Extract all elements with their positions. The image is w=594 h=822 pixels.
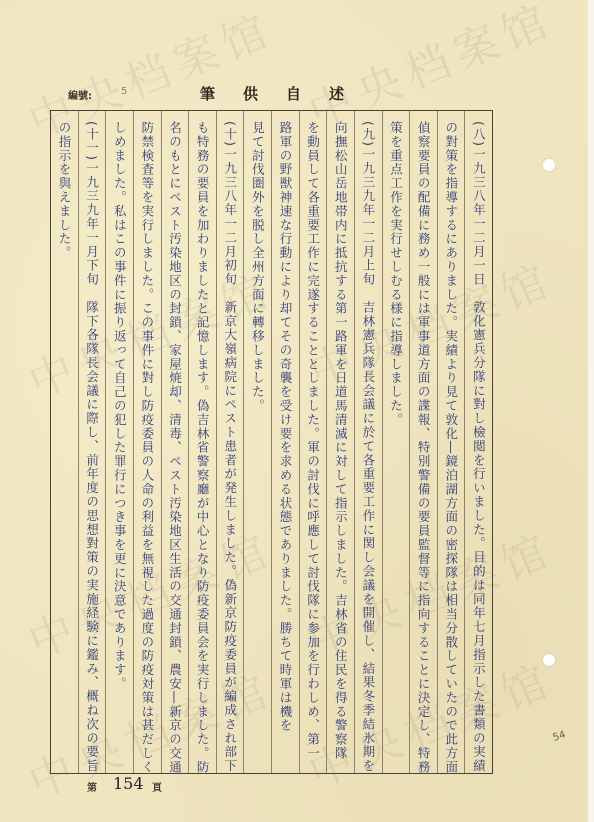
text-column: しめました。私はこの事件に振り返って自己の犯した罪行につき事を更に決意であります… <box>105 111 133 773</box>
text-column: (十)一九三八年一二月初旬 新京大嶺病院にペスト患者が発生しました。偽新京防疫委… <box>216 111 244 773</box>
handwritten-line: しめました。私はこの事件に振り返って自己の犯した罪行につき事を更に決意であります… <box>106 111 133 773</box>
handwritten-line: (八)一九三八年一二月一日 敦化憲兵分隊に對し檢閲を行いました。目的は同年七月指… <box>465 111 492 773</box>
text-column: 路軍の野獣神速な行動により却てその奇襲を受け要を求める状態でありました。勝ちて時… <box>271 111 299 773</box>
handwritten-line: 向撫松山岳地帯内に抵抗する第一路軍を日道馬清滅に対して指示しました。吉林省の住民… <box>327 111 354 773</box>
handwritten-line: (十一)一九三九年一月下旬 隊下各隊長会議に際し、前年度の思想對策の実施経験に鑑… <box>79 111 106 773</box>
handwritten-line: (九)一九三九年一二月上旬 吉林憲兵隊長会議に於て各重要工作に関し会議を開催し、… <box>355 111 382 773</box>
text-column: 名のもとにペスト汚染地区の封鎖、家屋焼却、清毒、ペスト汚染地区生活の交通封鎖、農… <box>161 111 189 773</box>
page-edge <box>588 0 594 822</box>
text-column: 防禁検査等を実行しました。この事件に對し防疫委員の人命の利益を無視した過度の防疫… <box>133 111 161 773</box>
handwritten-line: を動員して各重要工作に完遂することとしました。軍の討伐に呼應して討伐隊に参加を行… <box>300 111 327 773</box>
punch-hole <box>543 159 555 171</box>
page-number: 154 <box>113 774 144 793</box>
number-value: 5 <box>121 86 127 97</box>
page-suffix: 頁 <box>152 779 162 794</box>
handwritten-line: 防禁検査等を実行しました。この事件に對し防疫委員の人命の利益を無視した過度の防疫… <box>134 111 161 773</box>
handwritten-line: の指示を與えました。 <box>51 111 78 773</box>
text-column: の對策を指導するにありました。実績より見て敦化―鏡泊湖方面の密探隊は相当分散して… <box>437 111 465 773</box>
handwritten-line: 偵察要員の配備に務め一般には軍事道方面の諜報、特別警備の要員監督等に指向すること… <box>410 111 437 773</box>
page-prefix: 第 <box>87 779 97 794</box>
text-grid: (八)一九三八年一二月一日 敦化憲兵分隊に對し檢閲を行いました。目的は同年七月指… <box>50 110 493 774</box>
text-column: を動員して各重要工作に完遂することとしました。軍の討伐に呼應して討伐隊に参加を行… <box>299 111 327 773</box>
handwritten-line: 見て討伐圏外を脱し全州方面に轉移しました。 <box>244 111 271 773</box>
text-column: 策を重点工作を実行せしむる様に指導しました。 <box>382 111 410 773</box>
text-column: 向撫松山岳地帯内に抵抗する第一路軍を日道馬清滅に対して指示しました。吉林省の住民… <box>326 111 354 773</box>
text-column: の指示を與えました。 <box>51 111 78 773</box>
page-title: 筆供自述 <box>200 83 372 104</box>
text-column: (八)一九三八年一二月一日 敦化憲兵分隊に對し檢閲を行いました。目的は同年七月指… <box>464 111 492 773</box>
handwritten-line: 路軍の野獣神速な行動により却てその奇襲を受け要を求める状態でありました。勝ちて時… <box>272 111 299 773</box>
text-column: 偵察要員の配備に務め一般には軍事道方面の諜報、特別警備の要員監督等に指向すること… <box>409 111 437 773</box>
text-column: (十一)一九三九年一月下旬 隊下各隊長会議に際し、前年度の思想對策の実施経験に鑑… <box>78 111 106 773</box>
handwritten-line: 策を重点工作を実行せしむる様に指導しました。 <box>383 111 410 773</box>
text-column: 見て討伐圏外を脱し全州方面に轉移しました。 <box>243 111 271 773</box>
number-label: 編號: <box>68 87 92 102</box>
handwritten-line: も特務の要員を加わりましたと記憶します。偽吉林省警察廳が中心となり防疫委員会を実… <box>189 111 216 773</box>
handwritten-line: (十)一九三八年一二月初旬 新京大嶺病院にペスト患者が発生しました。偽新京防疫委… <box>217 111 244 773</box>
text-column: も特務の要員を加わりましたと記憶します。偽吉林省警察廳が中心となり防疫委員会を実… <box>188 111 216 773</box>
handwritten-line: の對策を指導するにありました。実績より見て敦化―鏡泊湖方面の密探隊は相当分散して… <box>438 111 465 773</box>
punch-hole <box>543 654 555 666</box>
handwritten-line: 名のもとにペスト汚染地区の封鎖、家屋焼却、清毒、ペスト汚染地区生活の交通封鎖、農… <box>162 111 189 773</box>
text-column: (九)一九三九年一二月上旬 吉林憲兵隊長会議に於て各重要工作に関し会議を開催し、… <box>354 111 382 773</box>
